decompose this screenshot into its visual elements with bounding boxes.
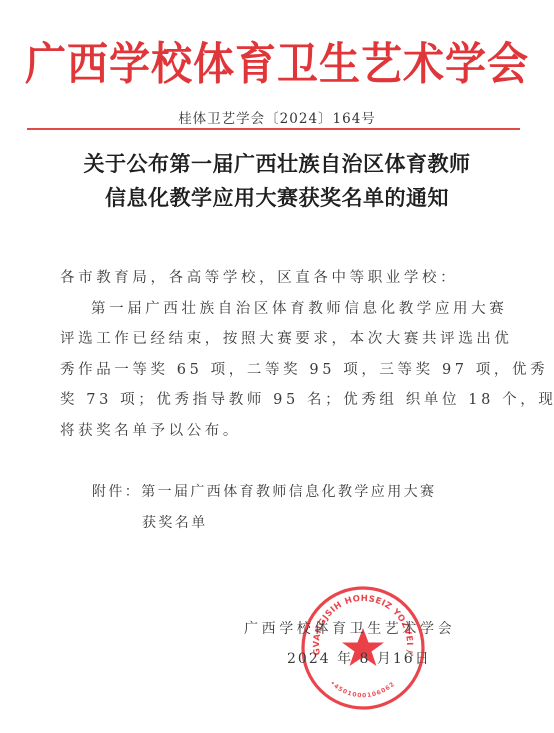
body-line: 奖 73 项；优秀指导教师 95 名；优秀组 织单位 18 个，现 — [60, 385, 470, 416]
document-number: 桂体卫艺学会〔2024〕164号 — [0, 107, 554, 127]
attachment-line-2: 获奖名单 — [92, 508, 436, 539]
red-divider — [27, 128, 520, 130]
attachment-note: 附件：第一届广西体育教师信息化教学应用大赛 获奖名单 — [92, 477, 436, 539]
svg-text:•4501000106062: •4501000106062 — [329, 680, 397, 700]
signing-organization: 广西学校体育卫生艺术学会 — [244, 614, 455, 644]
body-line: 第一届广西壮族自治区体育教师信息化教学应用大赛 — [60, 294, 470, 325]
title-line-1: 关于公布第一届广西壮族自治区体育教师 — [0, 147, 554, 181]
notice-title: 关于公布第一届广西壮族自治区体育教师 信息化教学应用大赛获奖名单的通知 — [0, 147, 554, 215]
attachment-line-1: 附件：第一届广西体育教师信息化教学应用大赛 — [92, 477, 436, 508]
signature-block: 广西学校体育卫生艺术学会 2024 年 8 月16日 — [244, 614, 455, 674]
signing-date: 2024 年 8 月16日 — [244, 644, 455, 674]
masthead-org-name: 广西学校体育卫生艺术学会 — [0, 38, 554, 90]
body-line: 评选工作已经结束，按照大赛要求，本次大赛共评选出优 — [60, 324, 470, 355]
body-line: 秀作品一等奖 65 项，二等奖 95 项，三等奖 97 项，优秀 — [60, 355, 470, 386]
salutation: 各市教育局，各高等学校，区直各中等职业学校： — [60, 263, 470, 294]
body-line: 将获奖名单予以公布。 — [60, 416, 470, 447]
title-line-2: 信息化教学应用大赛获奖名单的通知 — [0, 181, 554, 215]
notice-body: 各市教育局，各高等学校，区直各中等职业学校： 第一届广西壮族自治区体育教师信息化… — [60, 263, 470, 446]
